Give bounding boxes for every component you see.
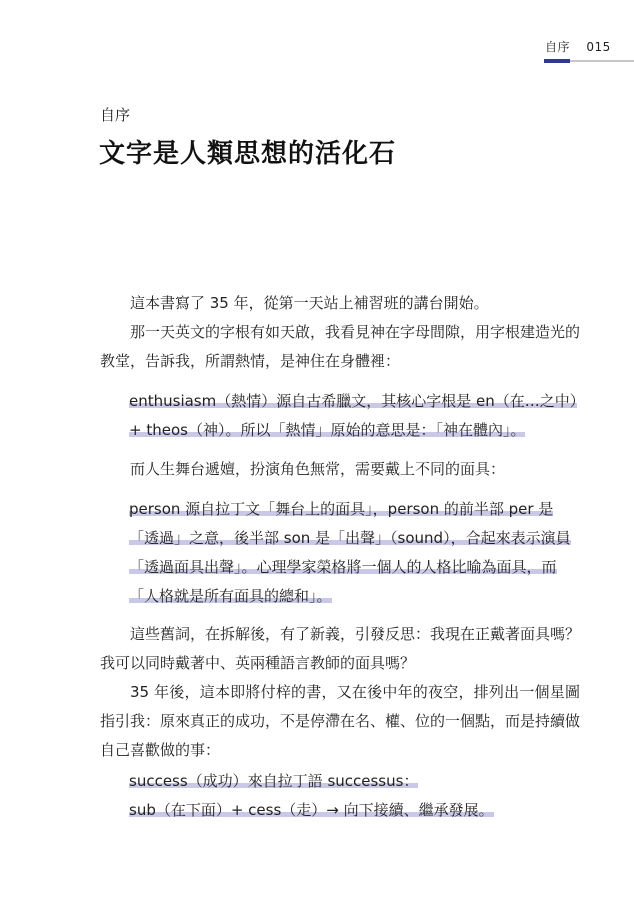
paragraph-block-1: 這本書寫了 35 年，從第一天站上補習班的講台開始。 那一天英文的字根有如天啟，…: [100, 289, 580, 376]
page-title: 文字是人類思想的活化石: [99, 133, 396, 170]
paragraph: 那一天英文的字根有如天啟，我看見神在字母間隙，用字根建造光的教堂，告訴我，所謂熱…: [100, 318, 580, 376]
paragraph: 這本書寫了 35 年，從第一天站上補習班的講台開始。: [100, 289, 580, 318]
highlighted-quote: enthusiasm（熱情）源自古希臘文，其核心字根是 en（在…之中）+ th…: [129, 387, 579, 445]
paragraph: 這些舊詞，在拆解後，有了新義，引發反思：我現在正戴著面具嗎？我可以同時戴著中、英…: [100, 620, 580, 678]
header-accent-bar: [544, 59, 570, 63]
highlight-text: sub（在下面）+ cess（走）→ 向下接續、繼承發展。: [129, 801, 494, 819]
paragraph-block-2: 這些舊詞，在拆解後，有了新義，引發反思：我現在正戴著面具嗎？我可以同時戴著中、英…: [100, 620, 580, 765]
highlight-text: enthusiasm（熱情）源自古希臘文，其核心字根是 en（在…之中）+ th…: [129, 392, 577, 439]
running-header: 自序 015: [545, 38, 611, 55]
paragraph: 35 年後，這本即將付梓的書，又在後中年的夜空，排列出一個星圖指引我：原來真正的…: [100, 678, 580, 765]
page-number: 015: [586, 40, 610, 54]
paragraph: 而人生舞台遞嬗，扮演角色無常，需要戴上不同的面具：: [100, 455, 580, 484]
highlighted-quote: success（成功）來自拉丁語 successus： sub（在下面）+ ce…: [129, 767, 579, 825]
paragraph-text: 而人生舞台遞嬗，扮演角色無常，需要戴上不同的面具：: [130, 455, 580, 484]
header-section: 自序: [545, 40, 570, 54]
highlighted-quote: person 源自拉丁文「舞台上的面具」，person 的前半部 per 是「透…: [129, 495, 579, 611]
highlight-text: success（成功）來自拉丁語 successus：: [129, 772, 418, 790]
highlight-text: person 源自拉丁文「舞台上的面具」，person 的前半部 per 是「透…: [129, 500, 571, 605]
section-label: 自序: [100, 104, 130, 125]
